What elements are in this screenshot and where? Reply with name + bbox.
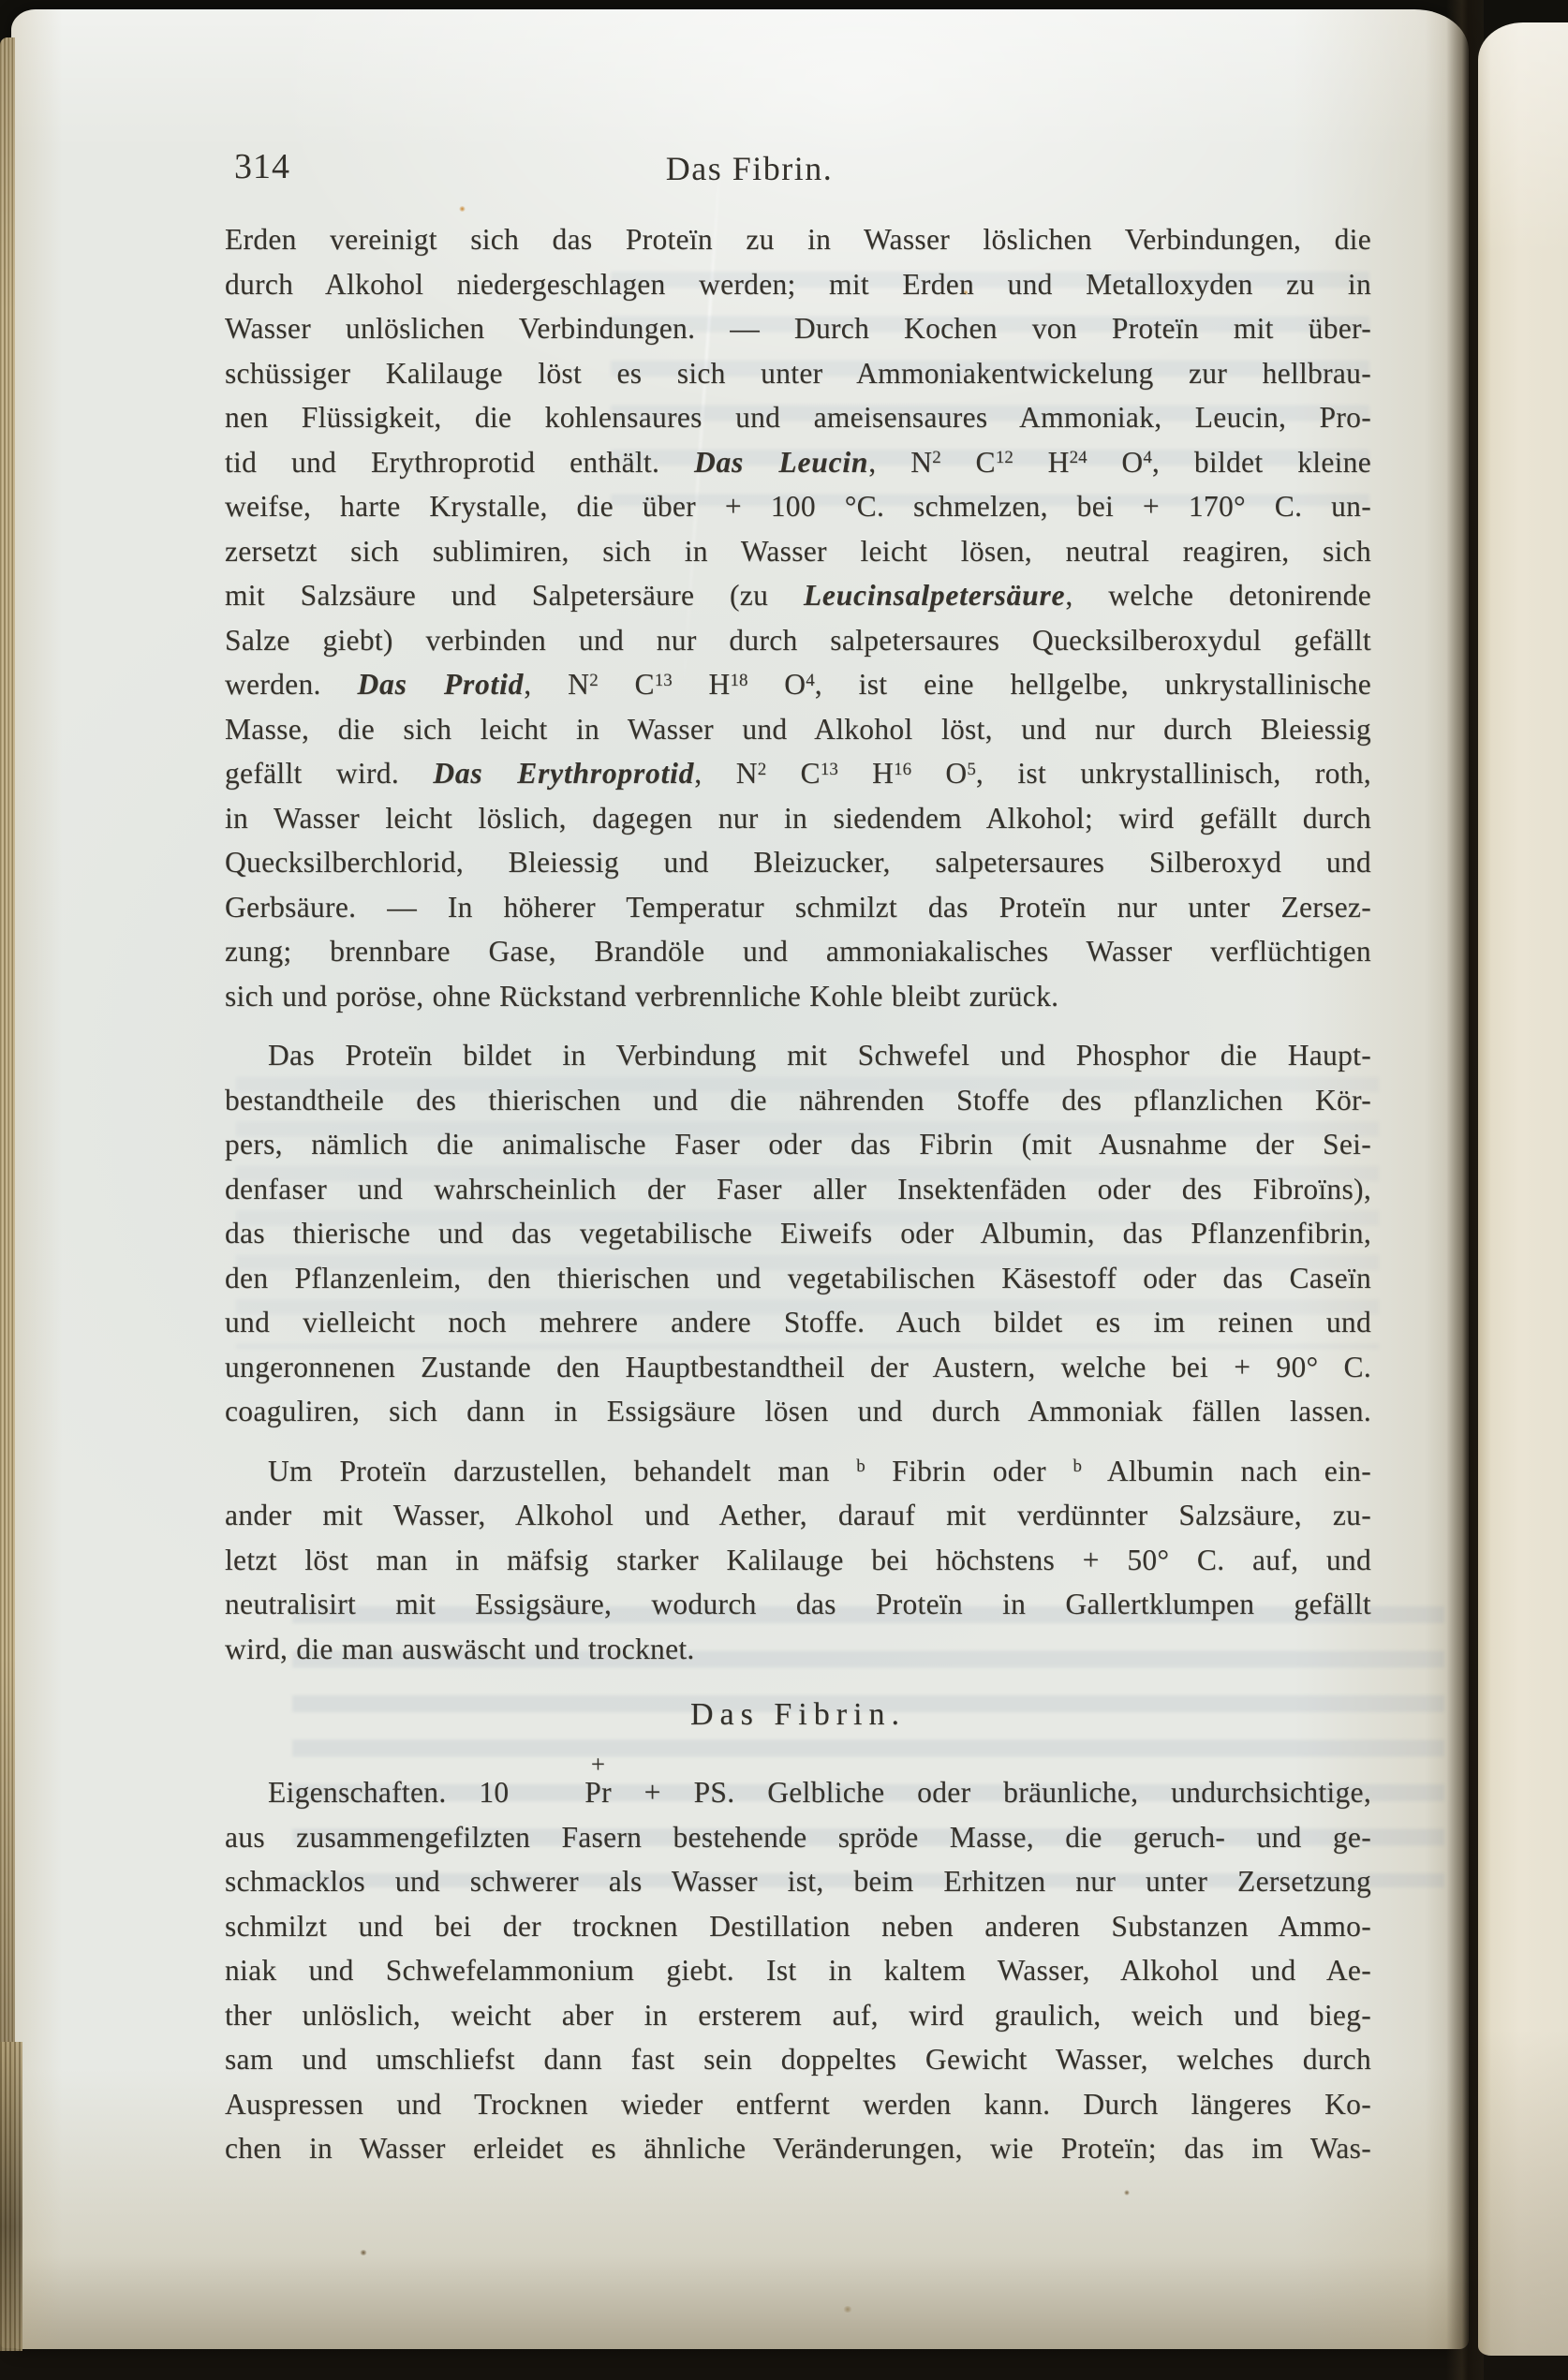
foxing-speck [843,2306,852,2313]
text-line: mit Salzsäure und Salpetersäure (zu Leuc… [225,573,1371,618]
text-line: sam und umschliefst dann fast sein doppe… [225,2037,1371,2082]
fore-edge-leaves-bottom [0,2042,22,2351]
text-line: Salze giebt) verbinden und nur durch sal… [225,618,1371,663]
text-line: pers, nämlich die animalische Faser oder… [225,1122,1371,1167]
text-line: Masse, die sich leicht in Wasser und Alk… [225,707,1371,752]
text-line: zersetzt sich sublimiren, sich in Wasser… [225,529,1371,574]
foxing-speck [1124,2190,1130,2195]
text-line: Wasser unlöslichen Verbindungen. — Durch… [225,306,1371,351]
paragraph: Eigenschaften. 10 +Pr + PS. Gelbliche od… [225,1770,1371,2171]
text-line: Das Proteïn bildet in Verbindung mit Sch… [225,1033,1371,1078]
text-line: den Pflanzenleim, den thierischen und ve… [225,1256,1371,1301]
text-line: Um Proteïn darzustellen, behandelt man b… [225,1449,1371,1494]
book-page: 314 Das Fibrin. Erden vereinigt sich das… [11,9,1469,2349]
text-line: schmacklos und schwerer als Wasser ist, … [225,1859,1371,1904]
text-line: schmilzt und bei der trocknen Destillati… [225,1904,1371,1949]
text-line: denfaser und wahrscheinlich der Faser al… [225,1167,1371,1212]
text-line: Erden vereinigt sich das Proteïn zu in W… [225,217,1371,262]
text-line: letzt löst man in mäfsig starker Kalilau… [225,1538,1371,1583]
text-line: Quecksilberchlorid, Bleiessig und Bleizu… [225,840,1371,885]
text-line: ungeronnenen Zustande den Hauptbestandth… [225,1345,1371,1390]
text-line: wird, die man auswäscht und trocknet. [225,1627,1371,1672]
plus-over-symbol: +Pr [541,1770,612,1815]
paragraph: Erden vereinigt sich das Proteïn zu in W… [225,217,1371,1018]
text-line: sich und poröse, ohne Rückstand verbrenn… [225,974,1371,1019]
adjacent-page-edge [1478,22,1568,2356]
paragraph: Das Proteïn bildet in Verbindung mit Sch… [225,1033,1371,1434]
text-line: niak und Schwefelammonium giebt. Ist in … [225,1948,1371,1993]
text-line: weifse, harte Krystalle, die über + 100 … [225,484,1371,529]
text-line: bestandtheile des thierischen und die nä… [225,1078,1371,1123]
page-body: Erden vereinigt sich das Proteïn zu in W… [225,217,1371,2171]
fore-edge-leaves [0,37,15,2348]
text-line: ander mit Wasser, Alkohol und Aether, da… [225,1493,1371,1538]
text-line: Eigenschaften. 10 +Pr + PS. Gelbliche od… [225,1770,1371,1815]
text-line: Gerbsäure. — In höherer Temperatur schmi… [225,885,1371,930]
foxing-speck [360,2250,367,2255]
text-line: chen in Wasser erleidet es ähnliche Verä… [225,2126,1371,2171]
text-line: neutralisirt mit Essigsäure, wodurch das… [225,1582,1371,1627]
section-heading: Das Fibrin. [225,1692,1371,1738]
running-header: Das Fibrin. [666,148,834,189]
page-header: 314 Das Fibrin. [225,146,1371,195]
book-scan: 314 Das Fibrin. Erden vereinigt sich das… [0,0,1568,2380]
text-line: zung; brennbare Gase, Brandöle und ammon… [225,929,1371,974]
text-line: gefällt wird. Das Erythroprotid, N2 C13 … [225,751,1371,796]
text-line: tid und Erythroprotid enthält. Das Leuci… [225,440,1371,485]
text-line: durch Alkohol niedergeschlagen werden; m… [225,262,1371,307]
text-line: aus zusammengefilzten Fasern bestehende … [225,1815,1371,1860]
text-line: schüssiger Kalilauge löst es sich unter … [225,351,1371,396]
page-number: 314 [234,146,290,187]
text-line: werden. Das Protid, N2 C13 H18 O4, ist e… [225,662,1371,707]
text-line: das thierische und das vegetabilische Ei… [225,1211,1371,1256]
text-line: nen Flüssigkeit, die kohlensaures und am… [225,395,1371,440]
text-line: und vielleicht noch mehrere andere Stoff… [225,1300,1371,1345]
text-line: coaguliren, sich dann in Essigsäure löse… [225,1389,1371,1434]
paragraph: Um Proteïn darzustellen, behandelt man b… [225,1449,1371,1672]
text-line: ther unlöslich, weicht aber in ersterem … [225,1993,1371,2038]
text-line: in Wasser leicht löslich, dagegen nur in… [225,796,1371,841]
text-line: Auspressen und Trocknen wieder entfernt … [225,2082,1371,2127]
foxing-speck [459,206,466,212]
